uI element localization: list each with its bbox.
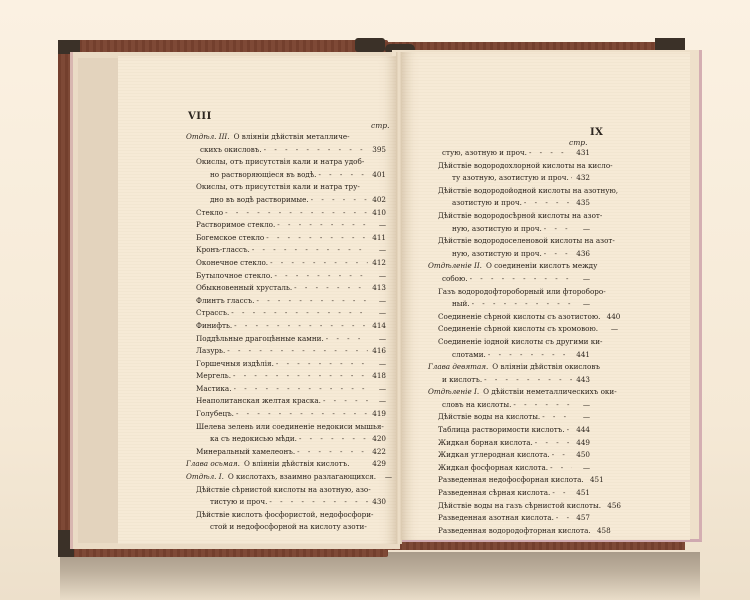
toc-page-number: 440 <box>604 311 620 324</box>
toc-page-number: 456 <box>605 500 621 513</box>
leader-dots: - - - - - - - - - - - - - - - - - - - - … <box>270 257 368 270</box>
toc-entry-line: Бутылочное стекло.- - - - - - - - - - - … <box>196 270 386 283</box>
toc-entry: Бутылочное стекло.- - - - - - - - - - - … <box>186 270 386 283</box>
leader-dots: - - - - - - - - - - - - - - - - - - - - … <box>299 433 368 446</box>
leader-dots: - - - - - - - - - - - - - - - - - - - - … <box>277 219 368 232</box>
toc-page-number: 401 <box>370 169 386 182</box>
toc-entry: Неаполитанская желтая краска.- - - - - -… <box>186 395 386 408</box>
toc-page-number: — <box>574 298 590 311</box>
toc-entry: Дѣйствіе воды на газъ сѣрнистой кислоты.… <box>428 500 590 513</box>
toc-entry-line: Дѣйствіе водородохлорной кислоты на кисл… <box>438 160 590 173</box>
spine-tab-top <box>355 38 385 52</box>
toc-entry-text: Газъ водородофтороборный или фтороборо- <box>438 286 606 299</box>
toc-section-label: Глава осьмая. <box>186 458 240 471</box>
toc-entry-line: Оконечное стекло.- - - - - - - - - - - -… <box>196 257 386 270</box>
toc-page-number: 449 <box>574 437 590 450</box>
toc-entry-text: и кислотъ. <box>442 374 482 387</box>
toc-entry-line: Растворимое стекло.- - - - - - - - - - -… <box>196 219 386 232</box>
right-page-col-label: стр. <box>569 138 588 147</box>
toc-entry-text: Дѣйствіе водородоселеновой кислоты на аз… <box>438 235 615 248</box>
toc-entry-text: Мергель. <box>196 370 231 383</box>
toc-entry-text: Дѣйствіе кислотъ фосфористой, недофосфор… <box>196 509 373 522</box>
toc-entry-line: стую, азотную и проч.- - - - - - - - - -… <box>438 147 590 160</box>
toc-entry: Шелева зелень или соединеніе недокиси мы… <box>186 421 386 446</box>
toc-page-number: 435 <box>574 197 590 210</box>
toc-entry-line: Шелева зелень или соединеніе недокиси мы… <box>196 421 386 434</box>
leader-dots: - - - - - - - - - - - - - - - - - - - - … <box>294 282 368 295</box>
toc-page-number: 441 <box>574 349 590 362</box>
leader-dots: - - - - - - - - - - - - - - - - - - - - … <box>227 345 368 358</box>
toc-entry-line: Дѣйствіе сѣрнистой кислоты на азотную, а… <box>196 484 386 497</box>
toc-entry-text: Жидкая углеродная кислота. <box>438 449 550 462</box>
toc-page-number: 419 <box>370 408 386 421</box>
toc-page-number: 410 <box>370 207 386 220</box>
toc-entry: стую, азотную и проч.- - - - - - - - - -… <box>428 147 590 160</box>
toc-page-number: — <box>370 307 386 320</box>
toc-entry-text: Таблица растворимости кислотъ. <box>438 424 565 437</box>
toc-left: Отдѣл. III.О вліяніи дѣйствія металличе-… <box>186 131 386 534</box>
leader-dots: - - - - - - - - - - - - - - - - - - - - … <box>266 232 368 245</box>
toc-entry: Соединеніе сѣрной кислоты съ азотистою.-… <box>428 311 590 324</box>
leader-dots: - - - - - - - - - - - - - - - - - - - - … <box>276 358 368 371</box>
toc-entry-text: О дѣйствіи неметаллическихъ оки- <box>483 386 617 399</box>
leader-dots: - - - - - - - - - - - - - - - - - - - - … <box>513 399 572 412</box>
toc-entry-line: ный.- - - - - - - - - - - - - - - - - - … <box>438 298 590 311</box>
toc-entry-text: Дѣйствіе водородохлорной кислоты на кисл… <box>438 160 613 173</box>
toc-entry-line: Мастика.- - - - - - - - - - - - - - - - … <box>196 383 386 396</box>
left-folio: VIII <box>188 111 212 122</box>
toc-entry: Окислы, отъ присутствія кали и натра удо… <box>186 156 386 181</box>
toc-entry: Дѣйствіе водородоселеновой кислоты на аз… <box>428 235 590 260</box>
leader-dots: - - - - - - - - - - - - - - - - - - - - … <box>234 320 368 333</box>
toc-entry: Газъ водородофтороборный или фтороборо-н… <box>428 286 590 311</box>
toc-entry-text: Мастика. <box>196 383 232 396</box>
toc-entry-line: Финифть.- - - - - - - - - - - - - - - - … <box>196 320 386 333</box>
toc-entry-text: Лазурь. <box>196 345 225 358</box>
toc-entry-line: ту азотную, азотистую и проч.- - - - - -… <box>438 172 590 185</box>
toc-entry-line: Дѣйствіе кислотъ фосфористой, недофосфор… <box>196 509 386 522</box>
toc-entry-line: Разведенная недофосфорная кислота.- - - … <box>438 474 590 487</box>
leader-dots: - - - - - - - - - - - - - - - - - - - - … <box>571 172 572 185</box>
toc-entry: Дѣйствіе воды на кислоты.- - - - - - - -… <box>428 411 590 424</box>
toc-entry-text: Горшечныя издѣлія. <box>196 358 274 371</box>
toc-entry: Соединеніе іодной кислоты съ другими ки-… <box>428 336 590 361</box>
toc-entry-line: ную, азотистую и проч.- - - - - - - - - … <box>438 223 590 236</box>
toc-entry-text: дно въ водѣ растворимые. <box>210 194 309 207</box>
toc-entry-line: Отдѣленіе II.О соединеніи кислотъ между <box>428 260 590 273</box>
leader-dots: - - - - - - - - - - - - - - - - - - - - … <box>234 383 369 396</box>
toc-page-number: 422 <box>370 446 386 459</box>
book-gutter <box>396 52 402 544</box>
leader-dots: - - - - - - - - - - - - - - - - - - - - … <box>556 512 572 525</box>
toc-entry-text: О вліяніи дѣйствія окисловъ <box>492 361 600 374</box>
toc-entry: Мастика.- - - - - - - - - - - - - - - - … <box>186 383 386 396</box>
toc-entry-line: Кронъ-глассъ.- - - - - - - - - - - - - -… <box>196 244 386 257</box>
leader-dots: - - - - - - - - - - - - - - - - - - - - … <box>550 462 572 475</box>
toc-entry-line: скихъ окисловъ.- - - - - - - - - - - - -… <box>186 144 386 157</box>
toc-entry: Отдѣл. III.О вліяніи дѣйствія металличе-… <box>186 131 386 156</box>
toc-page-number: 411 <box>370 232 386 245</box>
leader-dots: - - - - - - - - - - - - - - - - - - - - … <box>567 424 572 437</box>
toc-entry-line: дно въ водѣ растворимые.- - - - - - - - … <box>196 194 386 207</box>
toc-entry-text: Голубецъ. <box>196 408 234 421</box>
toc-entry-text: Соединеніе сѣрной кислоты съ хромовою. <box>438 323 598 336</box>
toc-page-number: 458 <box>595 525 611 538</box>
toc-entry: Флинтъ глассъ.- - - - - - - - - - - - - … <box>186 295 386 308</box>
leader-dots: - - - - - - - - - - - - - - - - - - - - … <box>472 298 572 311</box>
toc-page-number: 436 <box>574 248 590 261</box>
toc-entry-line: Минеральный хамелеонъ.- - - - - - - - - … <box>196 446 386 459</box>
toc-entry-line: Дѣйствіе воды на кислоты.- - - - - - - -… <box>438 411 590 424</box>
toc-page-number: — <box>370 270 386 283</box>
toc-entry-line: Богемское стекло- - - - - - - - - - - - … <box>196 232 386 245</box>
toc-entry: Мергель.- - - - - - - - - - - - - - - - … <box>186 370 386 383</box>
toc-entry-text: тистую и проч. <box>210 496 267 509</box>
leader-dots: - - - - - - - - - - - - - - - - - - - - … <box>552 487 572 500</box>
toc-entry-line: азотистую и проч.- - - - - - - - - - - -… <box>438 197 590 210</box>
toc-entry-line: тистую и проч.- - - - - - - - - - - - - … <box>196 496 386 509</box>
toc-entry-text: ную, азотистую и проч. <box>452 223 542 236</box>
toc-page-number: 451 <box>574 487 590 500</box>
toc-entry-line: ную, азотистую и проч.- - - - - - - - - … <box>438 248 590 261</box>
toc-entry: Голубецъ.- - - - - - - - - - - - - - - -… <box>186 408 386 421</box>
toc-page-number: 443 <box>574 374 590 387</box>
leader-dots: - - - - - - - - - - - - - - - - - - - - … <box>323 395 368 408</box>
toc-entry-text: Поддѣльные драгоцѣнные камни. <box>196 333 324 346</box>
leader-dots: - - - - - - - - - - - - - - - - - - - - … <box>552 449 572 462</box>
toc-page-number: 412 <box>370 257 386 270</box>
toc-entry-text: О кислотахъ, взаимно разлагающихся. <box>228 471 376 484</box>
toc-entry-line: и кислотъ.- - - - - - - - - - - - - - - … <box>428 374 590 387</box>
toc-page-number: 444 <box>574 424 590 437</box>
toc-page-number: — <box>370 219 386 232</box>
toc-page-number: 395 <box>370 144 386 157</box>
toc-entry-line: Газъ водородофтороборный или фтороборо- <box>438 286 590 299</box>
toc-page-number: — <box>574 223 590 236</box>
toc-entry-line: Флинтъ глассъ.- - - - - - - - - - - - - … <box>196 295 386 308</box>
toc-entry: Окислы, отъ присутствія кали и натра тру… <box>186 181 386 206</box>
toc-entry-text: Окислы, отъ присутствія кали и натра тру… <box>196 181 360 194</box>
toc-entry-line: Глава осьмая.О вліяніи дѣйствія кислотъ.… <box>186 458 386 471</box>
toc-entry-text: ту азотную, азотистую и проч. <box>452 172 569 185</box>
toc-page-number: — <box>602 323 618 336</box>
toc-entry-line: Неаполитанская желтая краска.- - - - - -… <box>196 395 386 408</box>
toc-page-number: 414 <box>370 320 386 333</box>
toc-page-number: 418 <box>370 370 386 383</box>
toc-entry-text: Богемское стекло <box>196 232 264 245</box>
leader-dots: - - - - - - - - - - - - - - - - - - - - … <box>529 147 572 160</box>
toc-entry-text: Разведенная водородофторная кислота. <box>438 525 591 538</box>
toc-section-label: Отдѣл. I. <box>186 471 224 484</box>
toc-entry-line: Разведенная азотная кислота.- - - - - - … <box>438 512 590 525</box>
toc-entry-text: Дѣйствіе водородосѣрной кислоты на азот- <box>438 210 602 223</box>
toc-section-label: Глава девятая. <box>428 361 488 374</box>
toc-entry-line: Разведенная водородофторная кислота.- - … <box>438 525 590 538</box>
toc-page-number: 451 <box>588 474 604 487</box>
toc-entry-text: Дѣйствіе водородойодной кислоты на азотн… <box>438 185 618 198</box>
toc-entry-line: Отдѣленіе I.О дѣйствіи неметаллическихъ … <box>428 386 590 399</box>
toc-entry: Глава осьмая.О вліяніи дѣйствія кислотъ.… <box>186 458 386 471</box>
toc-entry: Отдѣленіе II.О соединеніи кислотъ междус… <box>428 260 590 285</box>
leader-dots: - - - - - - - - - - - - - - - - - - - - … <box>326 333 368 346</box>
toc-section-label: Отдѣленіе II. <box>428 260 482 273</box>
toc-entry: Горшечныя издѣлія.- - - - - - - - - - - … <box>186 358 386 371</box>
leader-dots: - - - - - - - - - - - - - - - - - - - - … <box>544 248 572 261</box>
toc-entry-text: Соединеніе іодной кислоты съ другими ки- <box>438 336 602 349</box>
toc-entry: Оконечное стекло.- - - - - - - - - - - -… <box>186 257 386 270</box>
toc-page-number: — <box>376 471 392 484</box>
leader-dots: - - - - - - - - - - - - - - - - - - - - … <box>236 408 368 421</box>
toc-page-number: 402 <box>370 194 386 207</box>
toc-page-number: — <box>370 383 386 396</box>
toc-entry: Дѣйствіе кислотъ фосфористой, недофосфор… <box>186 509 386 534</box>
toc-entry: Стекло- - - - - - - - - - - - - - - - - … <box>186 207 386 220</box>
toc-section-label: Отдѣленіе I. <box>428 386 479 399</box>
toc-entry-line: Горшечныя издѣлія.- - - - - - - - - - - … <box>196 358 386 371</box>
toc-entry: Разведенная водородофторная кислота.- - … <box>428 525 590 538</box>
toc-entry-text: Неаполитанская желтая краска. <box>196 395 321 408</box>
leader-dots: - - - - - - - - - - - - - - - - - - - - … <box>524 197 572 210</box>
toc-entry-line: Стекло- - - - - - - - - - - - - - - - - … <box>196 207 386 220</box>
toc-entry-text: Окислы, отъ присутствія кали и натра удо… <box>196 156 364 169</box>
toc-entry-text: Кронъ-глассъ. <box>196 244 250 257</box>
toc-entry: Таблица растворимости кислотъ.- - - - - … <box>428 424 590 437</box>
leader-dots: - - - - - - - - - - - - - - - - - - - - … <box>544 223 572 236</box>
toc-entry-text: Разведенная азотная кислота. <box>438 512 554 525</box>
toc-entry: Дѣйствіе водородохлорной кислоты на кисл… <box>428 160 590 185</box>
toc-page-number: — <box>370 395 386 408</box>
toc-entry: Жидкая углеродная кислота.- - - - - - - … <box>428 449 590 462</box>
toc-page-number: 420 <box>370 433 386 446</box>
toc-entry-text: Страссъ. <box>196 307 229 320</box>
toc-entry-line: Соединеніе сѣрной кислоты съ азотистою.-… <box>438 311 590 324</box>
toc-entry-line: Жидкая углеродная кислота.- - - - - - - … <box>438 449 590 462</box>
toc-entry-line: Дѣйствіе водородойодной кислоты на азотн… <box>438 185 590 198</box>
toc-entry-line: словъ на кислоты.- - - - - - - - - - - -… <box>428 399 590 412</box>
toc-entry-line: Лазурь.- - - - - - - - - - - - - - - - -… <box>196 345 386 358</box>
toc-entry-text: словъ на кислоты. <box>442 399 511 412</box>
toc-entry: Растворимое стекло.- - - - - - - - - - -… <box>186 219 386 232</box>
toc-page-number: — <box>574 273 590 286</box>
toc-entry-line: Поддѣльные драгоцѣнные камни.- - - - - -… <box>196 333 386 346</box>
toc-page-number: — <box>370 333 386 346</box>
toc-entry-line: Голубецъ.- - - - - - - - - - - - - - - -… <box>196 408 386 421</box>
toc-entry-text: ка съ недокисью мѣди. <box>210 433 297 446</box>
toc-page-number: 457 <box>574 512 590 525</box>
toc-entry-text: Растворимое стекло. <box>196 219 275 232</box>
toc-entry-line: Окислы, отъ присутствія кали и натра тру… <box>196 181 386 194</box>
leader-dots: - - - - - - - - - - - - - - - - - - - - … <box>225 207 368 220</box>
toc-entry: Разведенная недофосфорная кислота.- - - … <box>428 474 590 487</box>
toc-entry: Глава девятая.О вліяніи дѣйствія окислов… <box>428 361 590 386</box>
toc-entry: Страссъ.- - - - - - - - - - - - - - - - … <box>186 307 386 320</box>
toc-entry-text: Бутылочное стекло. <box>196 270 272 283</box>
toc-entry-text: скихъ окисловъ. <box>200 144 262 157</box>
toc-entry-text: Дѣйствіе воды на кислоты. <box>438 411 540 424</box>
toc-entry-line: Глава девятая.О вліяніи дѣйствія окислов… <box>428 361 590 374</box>
toc-entry-text: Финифть. <box>196 320 232 333</box>
leader-dots: - - - - - - - - - - - - - - - - - - - - … <box>470 273 572 286</box>
toc-entry-line: Обыкновенный хрусталь.- - - - - - - - - … <box>196 282 386 295</box>
toc-page-number: 413 <box>370 282 386 295</box>
toc-entry: Финифть.- - - - - - - - - - - - - - - - … <box>186 320 386 333</box>
leader-dots: - - - - - - - - - - - - - - - - - - - - … <box>252 244 368 257</box>
toc-entry-text: ную, азотистую и проч. <box>452 248 542 261</box>
toc-entry: Отдѣл. I.О кислотахъ, взаимно разлагающи… <box>186 471 386 484</box>
toc-entry-line: собою.- - - - - - - - - - - - - - - - - … <box>428 273 590 286</box>
toc-entry: Отдѣленіе I.О дѣйствіи неметаллическихъ … <box>428 386 590 411</box>
leader-dots: - - - - - - - - - - - - - - - - - - - - … <box>297 446 368 459</box>
toc-entry-line: Соединеніе іодной кислоты съ другими ки- <box>438 336 590 349</box>
toc-entry-text: Обыкновенный хрусталь. <box>196 282 292 295</box>
toc-entry-line: Отдѣл. I.О кислотахъ, взаимно разлагающи… <box>186 471 386 484</box>
toc-entry-text: Жидкая борная кислота. <box>438 437 533 450</box>
toc-entry-line: ка съ недокисью мѣди.- - - - - - - - - -… <box>196 433 386 446</box>
toc-page-number: — <box>370 358 386 371</box>
toc-page-number: — <box>370 295 386 308</box>
toc-entry-line: Окислы, отъ присутствія кали и натра удо… <box>196 156 386 169</box>
toc-entry-text: Дѣйствіе сѣрнистой кислоты на азотную, а… <box>196 484 371 497</box>
toc-entry-line: Страссъ.- - - - - - - - - - - - - - - - … <box>196 307 386 320</box>
leader-dots: - - - - - - - - - - - - - - - - - - - - … <box>484 374 572 387</box>
toc-entry: Дѣйствіе сѣрнистой кислоты на азотную, а… <box>186 484 386 509</box>
toc-entry-text: Шелева зелень или соединеніе недокиси мы… <box>196 421 384 434</box>
toc-entry-line: Соединеніе сѣрной кислоты съ хромовою.- … <box>438 323 590 336</box>
toc-entry: Соединеніе сѣрной кислоты съ хромовою.- … <box>428 323 590 336</box>
leader-dots: - - - - - - - - - - - - - - - - - - - - … <box>274 270 368 283</box>
toc-entry-text: стой и недофосфорной на кислоту азоти- <box>210 521 367 534</box>
toc-entry: Жидкая фосфорная кислота.- - - - - - - -… <box>428 462 590 475</box>
toc-entry-text: Разведенная сѣрная кислота. <box>438 487 550 500</box>
leader-dots: - - - - - - - - - - - - - - - - - - - - … <box>318 169 368 182</box>
toc-entry-line: слотами.- - - - - - - - - - - - - - - - … <box>438 349 590 362</box>
toc-entry-text: Жидкая фосфорная кислота. <box>438 462 548 475</box>
toc-page-number: 430 <box>370 496 386 509</box>
toc-entry-text: собою. <box>442 273 468 286</box>
toc-page-number: — <box>574 399 590 412</box>
leader-dots: - - - - - - - - - - - - - - - - - - - - … <box>488 349 572 362</box>
toc-entry-text: стую, азотную и проч. <box>438 147 527 160</box>
leader-dots: - - - - - - - - - - - - - - - - - - - - … <box>542 411 572 424</box>
leader-dots: - - - - - - - - - - - - - - - - - - - - … <box>256 295 368 308</box>
toc-entry: Разведенная азотная кислота.- - - - - - … <box>428 512 590 525</box>
toc-entry-text: слотами. <box>452 349 486 362</box>
toc-entry-line: Дѣйствіе воды на газъ сѣрнистой кислоты.… <box>438 500 590 513</box>
toc-section-label: Отдѣл. III. <box>186 131 230 144</box>
toc-entry-text: Флинтъ глассъ. <box>196 295 254 308</box>
toc-entry-text: но растворяющіеся въ водѣ. <box>210 169 316 182</box>
toc-entry: Богемское стекло- - - - - - - - - - - - … <box>186 232 386 245</box>
toc-entry-line: Разведенная сѣрная кислота.- - - - - - -… <box>438 487 590 500</box>
toc-entry: Кронъ-глассъ.- - - - - - - - - - - - - -… <box>186 244 386 257</box>
toc-entry-line: Дѣйствіе водородоселеновой кислоты на аз… <box>438 235 590 248</box>
toc-page-number: 429 <box>370 458 386 471</box>
toc-page-number: — <box>574 462 590 475</box>
leader-dots: - - - - - - - - - - - - - - - - - - - - … <box>311 194 368 207</box>
toc-entry: Обыкновенный хрусталь.- - - - - - - - - … <box>186 282 386 295</box>
toc-entry: Поддѣльные драгоцѣнные камни.- - - - - -… <box>186 333 386 346</box>
leader-dots: - - - - - - - - - - - - - - - - - - - - … <box>264 144 368 157</box>
toc-entry-text: Дѣйствіе воды на газъ сѣрнистой кислоты. <box>438 500 601 513</box>
leader-dots: - - - - - - - - - - - - - - - - - - - - … <box>233 370 368 383</box>
toc-page-number: 416 <box>370 345 386 358</box>
toc-entry-line: Отдѣл. III.О вліяніи дѣйствія металличе- <box>186 131 386 144</box>
toc-entry-text: О вліяніи дѣйствія кислотъ. <box>244 458 350 471</box>
toc-entry-text: Разведенная недофосфорная кислота. <box>438 474 584 487</box>
toc-page-number: — <box>370 244 386 257</box>
toc-entry-line: Таблица растворимости кислотъ.- - - - - … <box>438 424 590 437</box>
toc-entry-line: Жидкая фосфорная кислота.- - - - - - - -… <box>438 462 590 475</box>
toc-entry-line: но растворяющіеся въ водѣ.- - - - - - - … <box>196 169 386 182</box>
leader-dots: - - - - - - - - - - - - - - - - - - - - … <box>535 437 572 450</box>
left-page-col-label: стр. <box>371 121 390 130</box>
toc-entry-text: О соединеніи кислотъ между <box>486 260 597 273</box>
toc-page-number: 431 <box>574 147 590 160</box>
toc-entry-text: Соединеніе сѣрной кислоты съ азотистою. <box>438 311 600 324</box>
toc-entry-line: Дѣйствіе водородосѣрной кислоты на азот- <box>438 210 590 223</box>
toc-entry: Минеральный хамелеонъ.- - - - - - - - - … <box>186 446 386 459</box>
toc-entry-text: азотистую и проч. <box>452 197 522 210</box>
toc-entry-text: Стекло <box>196 207 223 220</box>
toc-entry-text: Оконечное стекло. <box>196 257 268 270</box>
toc-entry-line: Мергель.- - - - - - - - - - - - - - - - … <box>196 370 386 383</box>
toc-entry-line: стой и недофосфорной на кислоту азоти- <box>196 521 386 534</box>
toc-entry-text: Минеральный хамелеонъ. <box>196 446 295 459</box>
toc-entry: Лазурь.- - - - - - - - - - - - - - - - -… <box>186 345 386 358</box>
toc-page-number: 432 <box>574 172 590 185</box>
right-folio: IX <box>590 127 603 138</box>
toc-entry: Дѣйствіе водородойодной кислоты на азотн… <box>428 185 590 210</box>
toc-entry-line: Жидкая борная кислота.- - - - - - - - - … <box>438 437 590 450</box>
toc-entry-text: ный. <box>452 298 470 311</box>
table-shadow <box>60 552 700 600</box>
leader-dots: - - - - - - - - - - - - - - - - - - - - … <box>269 496 368 509</box>
toc-entry: Разведенная сѣрная кислота.- - - - - - -… <box>428 487 590 500</box>
toc-page-number: 450 <box>574 449 590 462</box>
toc-right: стую, азотную и проч.- - - - - - - - - -… <box>428 147 590 537</box>
toc-entry-text: О вліяніи дѣйствія металличе- <box>234 131 350 144</box>
toc-page-number: — <box>574 411 590 424</box>
toc-entry: Дѣйствіе водородосѣрной кислоты на азот-… <box>428 210 590 235</box>
leader-dots: - - - - - - - - - - - - - - - - - - - - … <box>231 307 368 320</box>
toc-entry: Жидкая борная кислота.- - - - - - - - - … <box>428 437 590 450</box>
